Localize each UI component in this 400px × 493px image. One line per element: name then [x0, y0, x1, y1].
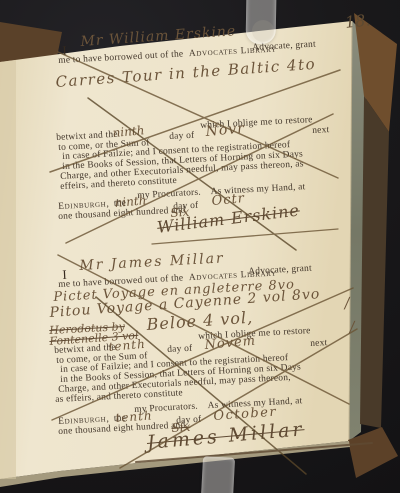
- page-number: 18.: [344, 10, 371, 32]
- entry1-library-name: Advocates Library: [189, 45, 277, 60]
- entry2-borrower-name: Mr James Millar: [79, 250, 225, 274]
- register-page-photo: 18. I Mr William Erskine Advocate, grant…: [0, 0, 400, 493]
- entry1-signed-month: Octr: [211, 191, 246, 209]
- tape-top: [246, 0, 277, 44]
- entry1-return-month: Novr: [205, 121, 246, 140]
- tape-bottom: [201, 456, 235, 493]
- entry2-return-month: Novem: [204, 334, 257, 353]
- entry2-day-of: day of: [167, 344, 193, 355]
- register-entries: 18. I Mr William Erskine Advocate, grant…: [0, 0, 400, 493]
- entry1-next-label: next: [312, 125, 330, 136]
- entry2-check-slash-1: /: [344, 294, 350, 312]
- entry1-day-of: day of: [169, 131, 195, 142]
- entry2-check-slash-2: /: [349, 318, 355, 336]
- entry1-return-day: ninth: [112, 123, 145, 140]
- entry1-borrowed-prefix: me to have borrowed out of the: [58, 49, 184, 66]
- entry2-next-label: next: [310, 338, 328, 349]
- entry1-borrower-name: Mr William Erskine: [80, 23, 237, 50]
